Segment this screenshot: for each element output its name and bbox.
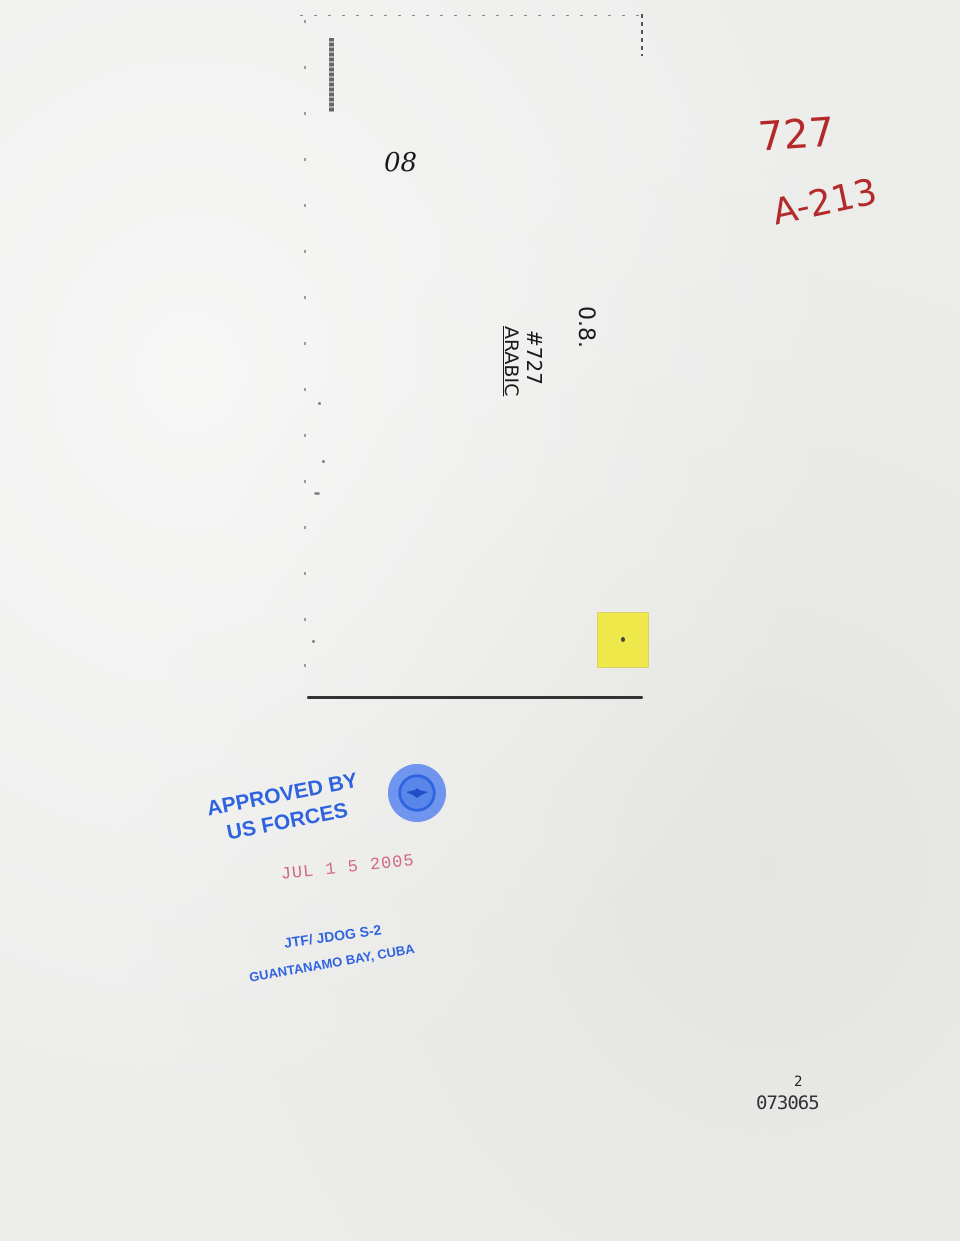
rotated-note-arabic: ARABIC — [500, 326, 522, 396]
scan-speck — [322, 460, 325, 463]
scan-speck — [318, 402, 321, 405]
frame-bottom-border — [307, 696, 643, 699]
handwritten-08: 08 — [384, 148, 417, 178]
rotated-note-727: #727 — [522, 330, 546, 385]
bates-number: 073065 — [756, 1092, 819, 1114]
scan-speck — [312, 640, 315, 643]
dod-seal-icon — [388, 764, 446, 822]
yellow-sticky-note — [597, 612, 649, 668]
vertical-fine-print — [329, 38, 334, 112]
rotated-note-08: 0.8. — [573, 306, 598, 348]
handwritten-red-number: 727 — [756, 109, 835, 160]
frame-right-border — [641, 14, 643, 56]
frame-top-border — [300, 15, 642, 16]
scan-speck — [314, 492, 320, 495]
bates-superscript: 2 — [794, 1074, 802, 1090]
frame-left-border — [304, 20, 306, 680]
sticky-dot — [621, 637, 625, 642]
